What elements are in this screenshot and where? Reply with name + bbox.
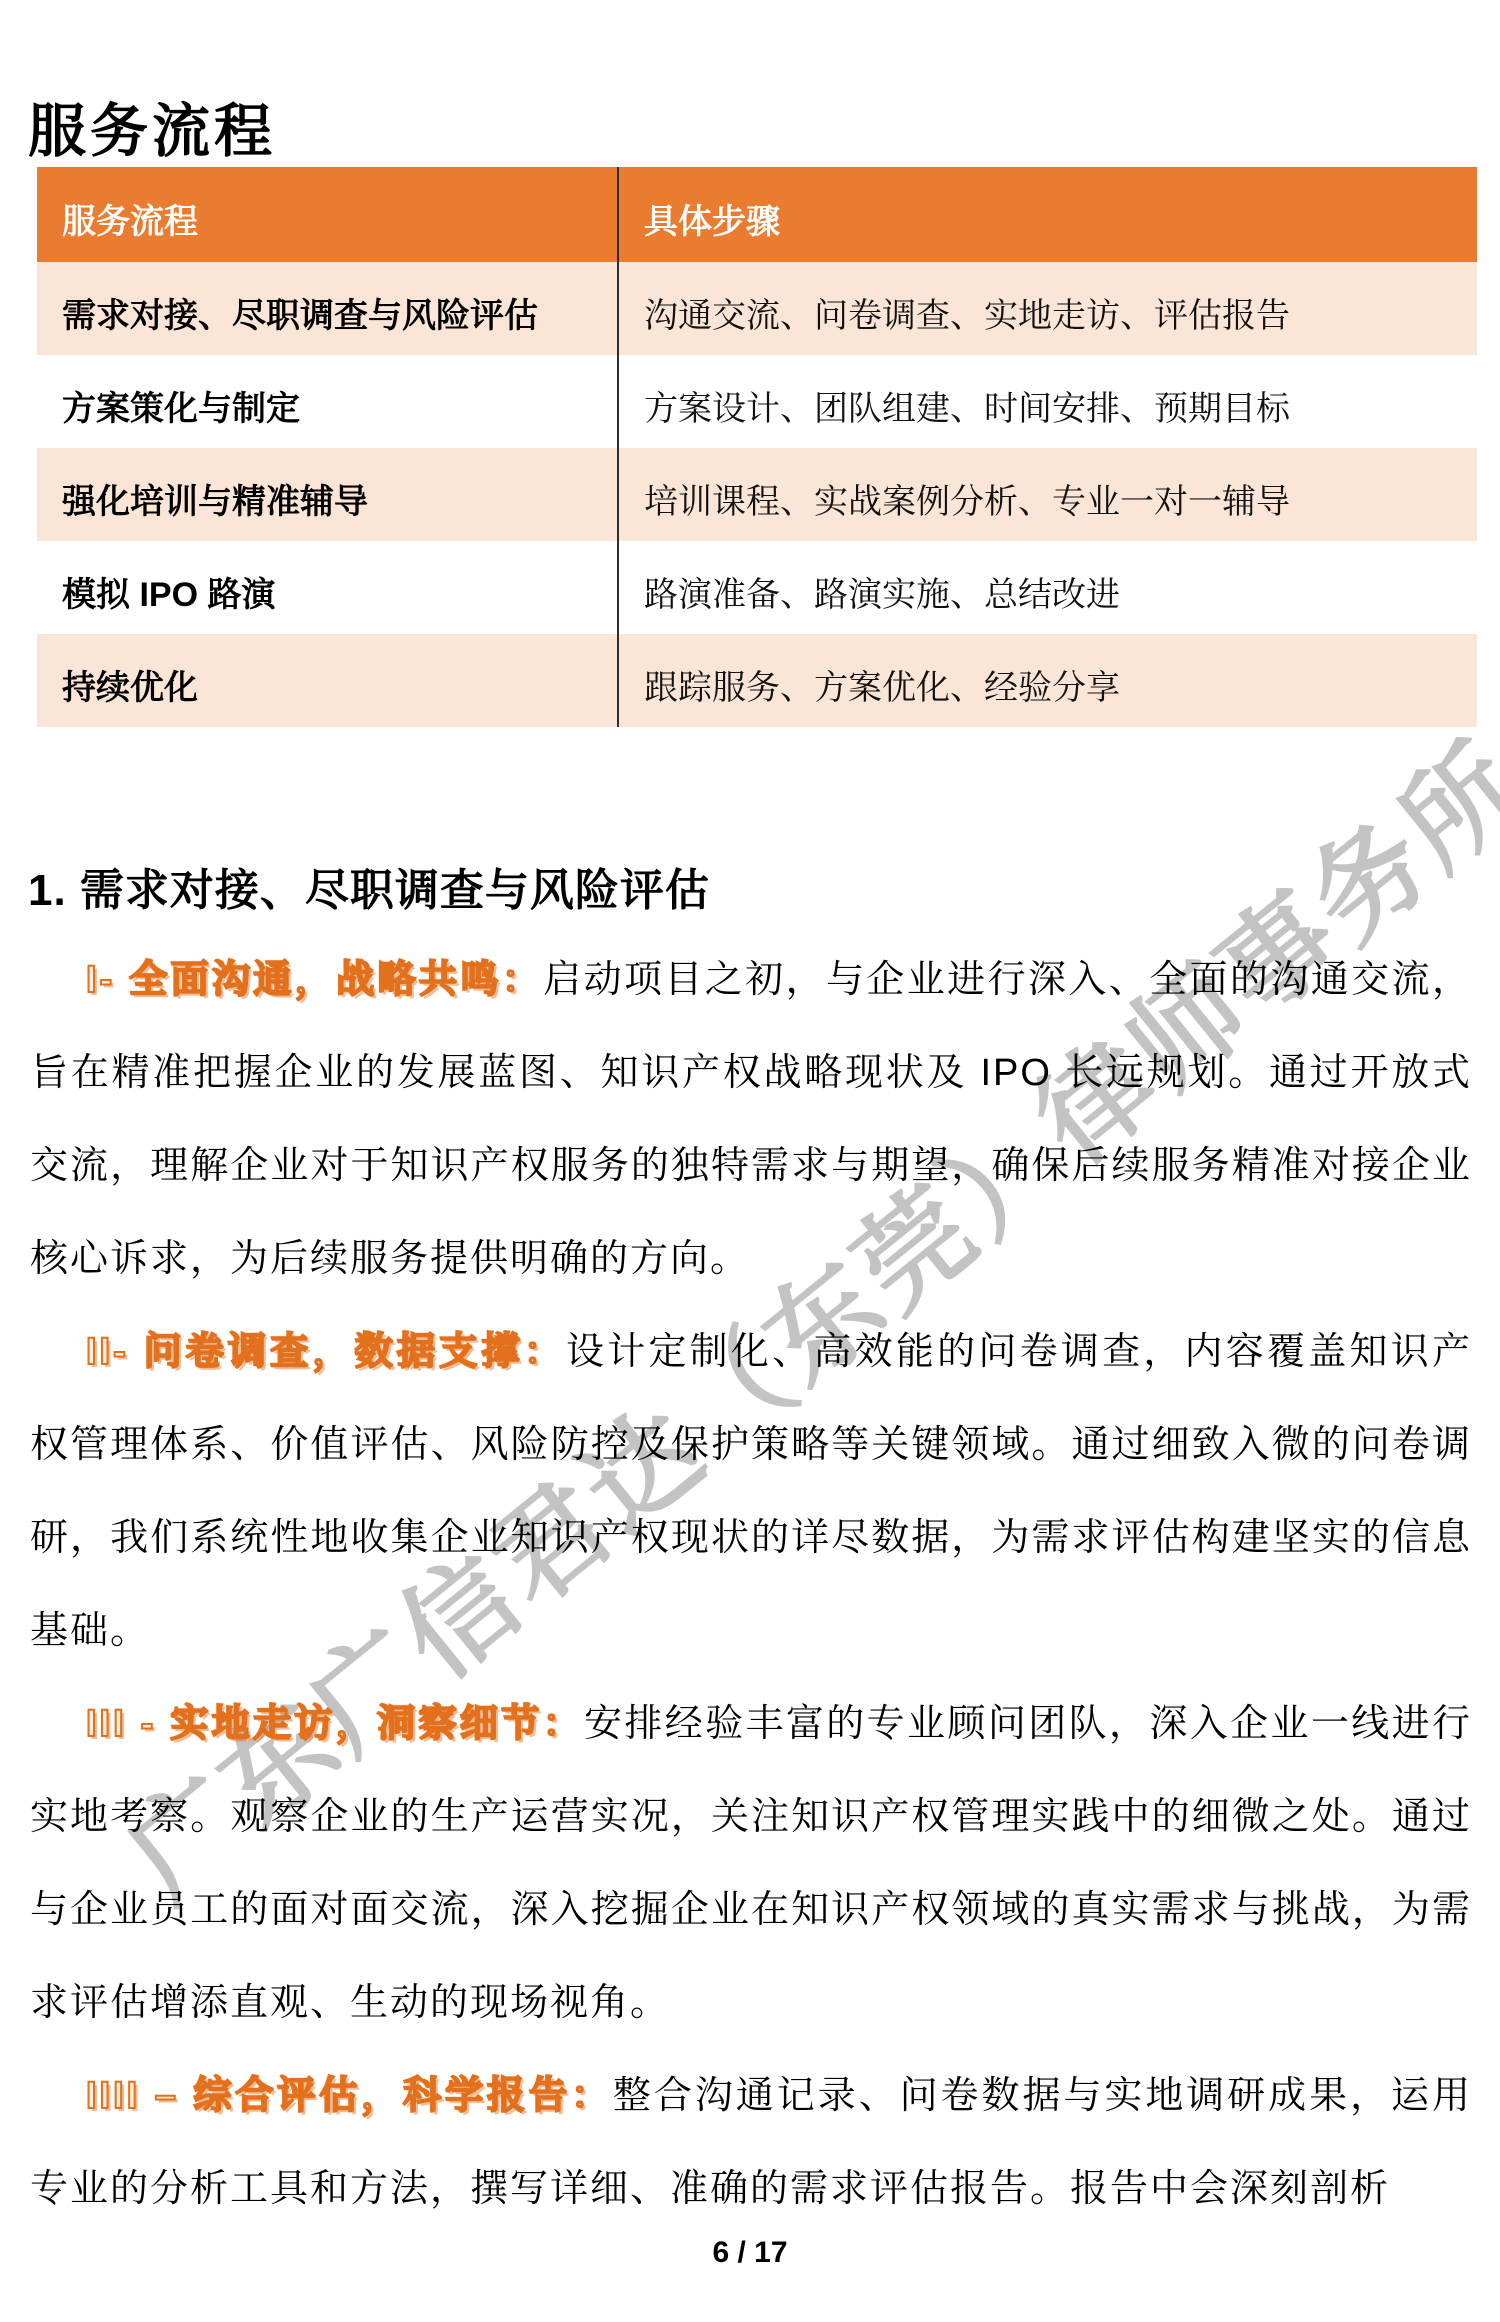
- paragraph-communication: I- 全面沟通，战略共鸣：启动项目之初，与企业进行深入、全面的沟通交流，旨在精准…: [30, 934, 1472, 1306]
- steps-cell: 培训课程、实战案例分析、专业一对一辅导: [617, 448, 1477, 541]
- process-cell: 持续优化: [37, 634, 617, 727]
- process-cell: 强化培训与精准辅导: [37, 448, 617, 541]
- section-heading: 1. 需求对接、尽职调查与风险评估: [28, 854, 710, 918]
- table-row: 模拟 IPO 路演 路演准备、路演实施、总结改进: [37, 541, 1477, 634]
- table-row: 需求对接、尽职调查与风险评估 沟通交流、问卷调查、实地走访、评估报告: [37, 262, 1477, 355]
- table-row: 方案策化与制定 方案设计、团队组建、时间安排、预期目标: [37, 355, 1477, 448]
- paragraph-lead: III - 实地走访，洞察细节：: [86, 1703, 584, 1745]
- table-header-process: 服务流程: [37, 167, 617, 262]
- steps-cell: 方案设计、团队组建、时间安排、预期目标: [617, 355, 1477, 448]
- steps-cell: 跟踪服务、方案优化、经验分享: [617, 634, 1477, 727]
- service-process-table: 服务流程 具体步骤 需求对接、尽职调查与风险评估 沟通交流、问卷调查、实地走访、…: [37, 167, 1477, 727]
- process-cell: 需求对接、尽职调查与风险评估: [37, 262, 617, 355]
- paragraph-site-visit: III - 实地走访，洞察细节：安排经验丰富的专业顾问团队，深入企业一线进行实地…: [30, 1678, 1472, 2050]
- document-page: 广东广信君达（东莞）律师事务所 服务流程 服务流程 具体步骤 需求对接、尽职调查…: [0, 0, 1500, 2322]
- body-text: I- 全面沟通，战略共鸣：启动项目之初，与企业进行深入、全面的沟通交流，旨在精准…: [30, 934, 1472, 2236]
- paragraph-body: 启动项目之初，与企业进行深入、全面的沟通交流，旨在精准把握企业的发展蓝图、知识产…: [30, 959, 1472, 1280]
- page-title: 服务流程: [28, 84, 276, 168]
- paragraph-lead: IIII – 综合评估，科学报告：: [86, 2075, 613, 2117]
- table-row: 持续优化 跟踪服务、方案优化、经验分享: [37, 634, 1477, 727]
- process-cell: 模拟 IPO 路演: [37, 541, 617, 634]
- page-number: 6 / 17: [0, 2236, 1500, 2270]
- paragraph-lead: II- 问卷调查，数据支撑：: [86, 1331, 566, 1373]
- paragraph-body: 设计定制化、高效能的问卷调查，内容覆盖知识产权管理体系、价值评估、风险防控及保护…: [30, 1331, 1472, 1652]
- paragraph-body: 安排经验丰富的专业顾问团队，深入企业一线进行实地考察。观察企业的生产运营实况，关…: [30, 1703, 1472, 2024]
- process-cell: 方案策化与制定: [37, 355, 617, 448]
- paragraph-lead: I- 全面沟通，战略共鸣：: [86, 959, 543, 1001]
- table-row: 强化培训与精准辅导 培训课程、实战案例分析、专业一对一辅导: [37, 448, 1477, 541]
- paragraph-questionnaire: II- 问卷调查，数据支撑：设计定制化、高效能的问卷调查，内容覆盖知识产权管理体…: [30, 1306, 1472, 1678]
- steps-cell: 路演准备、路演实施、总结改进: [617, 541, 1477, 634]
- paragraph-evaluation-report: IIII – 综合评估，科学报告：整合沟通记录、问卷数据与实地调研成果，运用专业…: [30, 2050, 1472, 2236]
- table-header-row: 服务流程 具体步骤: [37, 167, 1477, 262]
- steps-cell: 沟通交流、问卷调查、实地走访、评估报告: [617, 262, 1477, 355]
- table-header-steps: 具体步骤: [617, 167, 1477, 262]
